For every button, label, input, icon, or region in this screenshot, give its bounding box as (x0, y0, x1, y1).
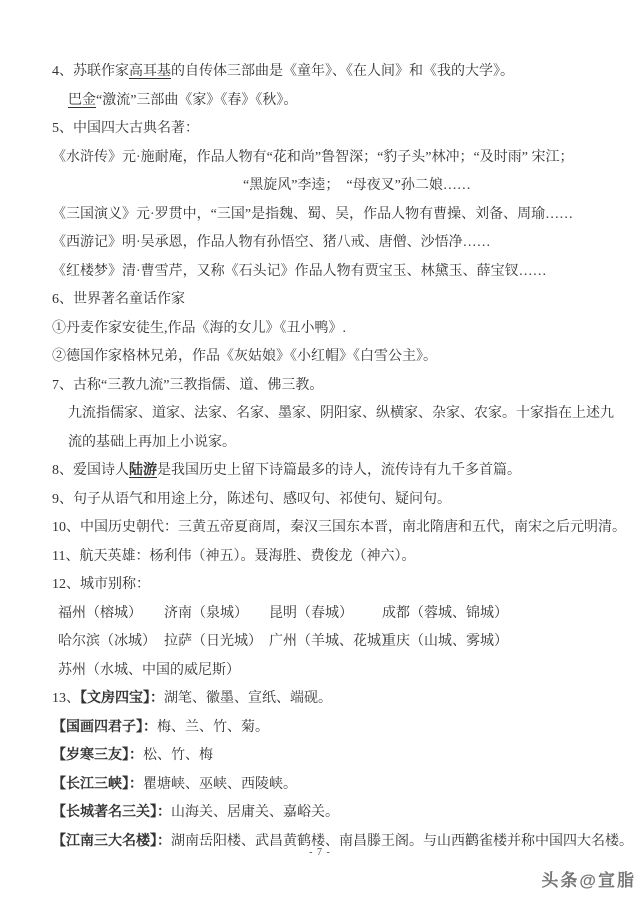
item-4-bajin-line: 巴金“激流”三部曲《家》《春》《秋》。 (52, 87, 614, 116)
term-changchengsanguan-line: 【长城著名三关】：山海关、居庸关、嘉峪关。 (52, 799, 614, 828)
city-kunming: 昆明（春城） (269, 600, 382, 629)
bajin-trilogy-text: “激流”三部曲《家》《春》《秋》。 (96, 93, 297, 108)
term-changchengsanguan: 【长城著名三关】： (52, 805, 171, 820)
term-wenfangsibao: 【文房四宝】： (80, 691, 164, 706)
item-7-jiuliu-line: 九流指儒家、道家、法家、名家、墨家、阴阳家、纵横家、杂家、农家。十家指在上述九 (52, 400, 614, 429)
city-chongqing: 重庆（山城、雾城） (382, 628, 508, 657)
item-8-rest: 是我国历史上留下诗篇最多的诗人，流传诗有九千多首篇。 (157, 463, 521, 478)
changchengsanguan-rest: 山海关、居庸关、嘉峪关。 (171, 805, 339, 820)
classic-shuihu-continuation: “黑旋风”李逵； “母夜叉”孙二娘…… (52, 172, 614, 201)
item-8-luyou-line: 8、爱国诗人陆游是我国历史上留下诗篇最多的诗人，流传诗有九千多首篇。 (52, 457, 614, 486)
item-8-prefix: 8、爱国诗人 (52, 463, 129, 478)
item-13-prefix: 13、 (52, 691, 80, 706)
city-jinan: 济南（泉城） (164, 600, 269, 629)
classic-shuihu-line: 《水浒传》元·施耐庵，作品人物有“花和尚”鲁智深；“豹子头”林冲；“及时雨” 宋… (52, 144, 614, 173)
item-13-wenfangsibao: 13、【文房四宝】：湖笔、徽墨、宣纸、端砚。 (52, 685, 614, 714)
toutiao-watermark: 头条@宣脂 (541, 866, 636, 891)
classic-hongloumeng-line: 《红楼梦》清·曹雪芹，又称《石头记》作品人物有贾宝玉、林黛玉、薛宝钗…… (52, 258, 614, 287)
item-5-heading: 5、中国四大古典名著： (52, 115, 614, 144)
item-13-rest: 湖笔、徽墨、宣纸、端砚。 (164, 691, 332, 706)
item-6-grimm-line: ②德国作家格林兄弟，作品《灰姑娘》《小红帽》《白雪公主》。 (52, 343, 614, 372)
city-aliases-row-1: 福州（榕城）济南（泉城）昆明（春城）成都（蓉城、锦城） (52, 600, 614, 629)
item-4-prefix: 4、苏联作家 (52, 64, 129, 79)
city-aliases-row-2: 哈尔滨（冰城）拉萨（日光城）广州（羊城、花城）重庆（山城、雾城） (52, 628, 614, 657)
term-changjiangsanxia-line: 【长江三峡】：瞿塘峡、巫峡、西陵峡。 (52, 771, 614, 800)
item-7-continuation: 流的基础上再加上小说家。 (52, 429, 614, 458)
item-9-sentence-types: 9、句子从语气和用途上分，陈述句、感叹句、祁使句、疑问句。 (52, 486, 614, 515)
suihansanyou-rest: 松、竹、梅 (143, 748, 213, 763)
item-6-andersen-line: ①丹麦作家安徒生,作品《海的女儿》《丑小鸭》. (52, 315, 614, 344)
underlined-name-luyou: 陆游 (129, 463, 157, 478)
city-haerbin: 哈尔滨（冰城） (58, 628, 164, 657)
city-aliases-row-3: 苏州（水城、中国的威尼斯） (52, 657, 614, 686)
item-11-astronauts: 11、航天英雄：杨利伟（神五）。聂海胜、费俊龙（神六）。 (52, 543, 614, 572)
item-4-soviet-writer: 4、苏联作家高耳基的自传体三部曲是《童年》、《在人间》和《我的大学》。 (52, 58, 614, 87)
item-4-rest: 的自传体三部曲是《童年》、《在人间》和《我的大学》。 (171, 64, 514, 79)
city-chengdu: 成都（蓉城、锦城） (382, 600, 508, 629)
item-7-heading: 7、古称“三教九流”三教指儒、道、佛三教。 (52, 372, 614, 401)
item-6-heading: 6、世界著名童话作家 (52, 286, 614, 315)
city-guangzhou: 广州（羊城、花城） (269, 628, 382, 657)
term-guohuasijunzi-line: 【国画四君子】：梅、兰、竹、菊。 (52, 714, 614, 743)
city-fuzhou: 福州（榕城） (58, 600, 164, 629)
jiangnansandamninglou-rest: 湖南岳阳楼、武昌黄鹤楼、南昌滕王阁。与山西鹳雀楼并称中国四大名楼。 (171, 834, 633, 849)
term-suihansanyou-line: 【岁寒三友】：松、竹、梅 (52, 742, 614, 771)
term-suihansanyou: 【岁寒三友】： (52, 748, 143, 763)
term-changjiangsanxia: 【长江三峡】： (52, 777, 143, 792)
item-12-heading: 12、城市别称： (52, 571, 614, 600)
classic-xiyouji-line: 《西游记》明·吴承恩，作品人物有孙悟空、猪八戒、唐僧、沙悟净…… (52, 229, 614, 258)
city-lasa: 拉萨（日光城） (164, 628, 269, 657)
guohuasijunzi-rest: 梅、兰、竹、菊。 (157, 720, 269, 735)
term-jiangnansandamninglou-line: 【江南三大名楼】：湖南岳阳楼、武昌黄鹤楼、南昌滕王阁。与山西鹳雀楼并称中国四大名… (52, 828, 614, 857)
document-content: 4、苏联作家高耳基的自传体三部曲是《童年》、《在人间》和《我的大学》。 巴金“激… (0, 0, 640, 856)
classic-sanguo-line: 《三国演义》元·罗贯中，“三国”是指魏、蜀、吴，作品人物有曹操、刘备、周瑜…… (52, 201, 614, 230)
changjiangsanxia-rest: 瞿塘峡、巫峡、西陵峡。 (143, 777, 297, 792)
document-page: 4、苏联作家高耳基的自传体三部曲是《童年》、《在人间》和《我的大学》。 巴金“激… (0, 0, 640, 905)
underlined-name-bajin: 巴金 (68, 93, 96, 108)
term-jiangnansandamninglou: 【江南三大名楼】： (52, 834, 171, 849)
item-10-dynasties: 10、中国历史朝代：三黄五帝夏商周，秦汉三国东本晋，南北隋唐和五代，南宋之后元明… (52, 514, 614, 543)
underlined-name-gaoerji: 高耳基 (129, 64, 171, 79)
term-guohuasijunzi: 【国画四君子】： (52, 720, 157, 735)
